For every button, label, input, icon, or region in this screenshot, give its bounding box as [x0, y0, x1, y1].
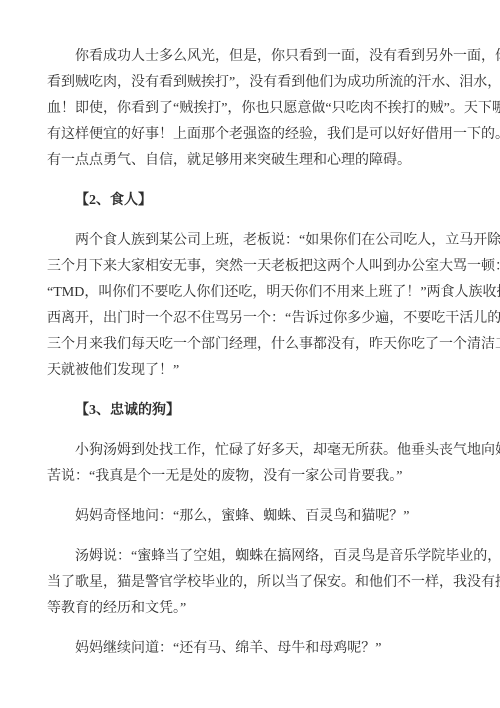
text-line: 看到贼吃肉，没有看到贼挨打”，没有看到他们为成功所流的汗水、泪水，甚至鲜: [47, 70, 453, 96]
paragraph: 汤姆说：“蜜蜂当了空姐，蜘蛛在搞网络，百灵鸟是音乐学院毕业的，所以当了歌星，猫是…: [47, 544, 453, 622]
text-line: “TMD，叫你们不要吃人你们还吃，明天你们不用来上班了！”两食人族收拾东: [47, 280, 453, 306]
paragraph: 两个食人族到某公司上班，老板说：“如果你们在公司吃人，立马开除！”三个月下来大家…: [47, 228, 453, 384]
text-line: 血！即使，你看到了“贼挨打”，你也只愿意做“只吃肉不挨打的贼”。天下哪里: [47, 96, 453, 122]
text-line: 等教育的经历和文凭。”: [47, 596, 453, 622]
heading-text-line: 【3、忠诚的狗】: [47, 398, 453, 424]
paragraph: 妈妈奇怪地问：“那么，蜜蜂、蜘蛛、百灵鸟和猫呢？”: [47, 504, 453, 530]
text-line: 妈妈奇怪地问：“那么，蜜蜂、蜘蛛、百灵鸟和猫呢？”: [47, 504, 453, 530]
text-line: 有一点点勇气、自信，就足够用来突破生理和心理的障碍。: [47, 148, 453, 174]
text-line: 小狗汤姆到处找工作，忙碌了好多天，却毫无所获。他垂头丧气地向妈妈诉: [47, 438, 453, 464]
text-line: 妈妈继续问道：“还有马、绵羊、母牛和母鸡呢？”: [47, 636, 453, 662]
text-line: 天就被他们发现了！”: [47, 358, 453, 384]
section-heading: 【2、食人】: [47, 188, 453, 214]
document-page: 你看成功人士多么风光，但是，你只看到一面，没有看到另外一面，你“只看到贼吃肉，没…: [0, 0, 500, 708]
text-line: 苦说：“我真是个一无是处的废物，没有一家公司肯要我。”: [47, 464, 453, 490]
text-line: 西离开，出门时一个忍不住骂另一个：“告诉过你多少遍，不要吃干活儿的人，: [47, 306, 453, 332]
paragraph: 小狗汤姆到处找工作，忙碌了好多天，却毫无所获。他垂头丧气地向妈妈诉苦说：“我真是…: [47, 438, 453, 490]
paragraph: 你看成功人士多么风光，但是，你只看到一面，没有看到另外一面，你“只看到贼吃肉，没…: [47, 44, 453, 174]
text-line: 你看成功人士多么风光，但是，你只看到一面，没有看到另外一面，你“只: [47, 44, 453, 70]
text-line: 两个食人族到某公司上班，老板说：“如果你们在公司吃人，立马开除！”: [47, 228, 453, 254]
document-content: 你看成功人士多么风光，但是，你只看到一面，没有看到另外一面，你“只看到贼吃肉，没…: [47, 44, 453, 662]
text-line: 三个月下来大家相安无事，突然一天老板把这两个人叫到办公室大骂一顿：: [47, 254, 453, 280]
heading-text-line: 【2、食人】: [47, 188, 453, 214]
text-line: 汤姆说：“蜜蜂当了空姐，蜘蛛在搞网络，百灵鸟是音乐学院毕业的，所以: [47, 544, 453, 570]
paragraph: 妈妈继续问道：“还有马、绵羊、母牛和母鸡呢？”: [47, 636, 453, 662]
text-line: 三个月来我们每天吃一个部门经理，什么事都没有，昨天你吃了一个清洁工，今: [47, 332, 453, 358]
text-line: 当了歌星，猫是警官学校毕业的，所以当了保安。和他们不一样，我没有接受高: [47, 570, 453, 596]
section-heading: 【3、忠诚的狗】: [47, 398, 453, 424]
text-line: 有这样便宜的好事！上面那个老强盗的经验，我们是可以好好借用一下的。只要: [47, 122, 453, 148]
